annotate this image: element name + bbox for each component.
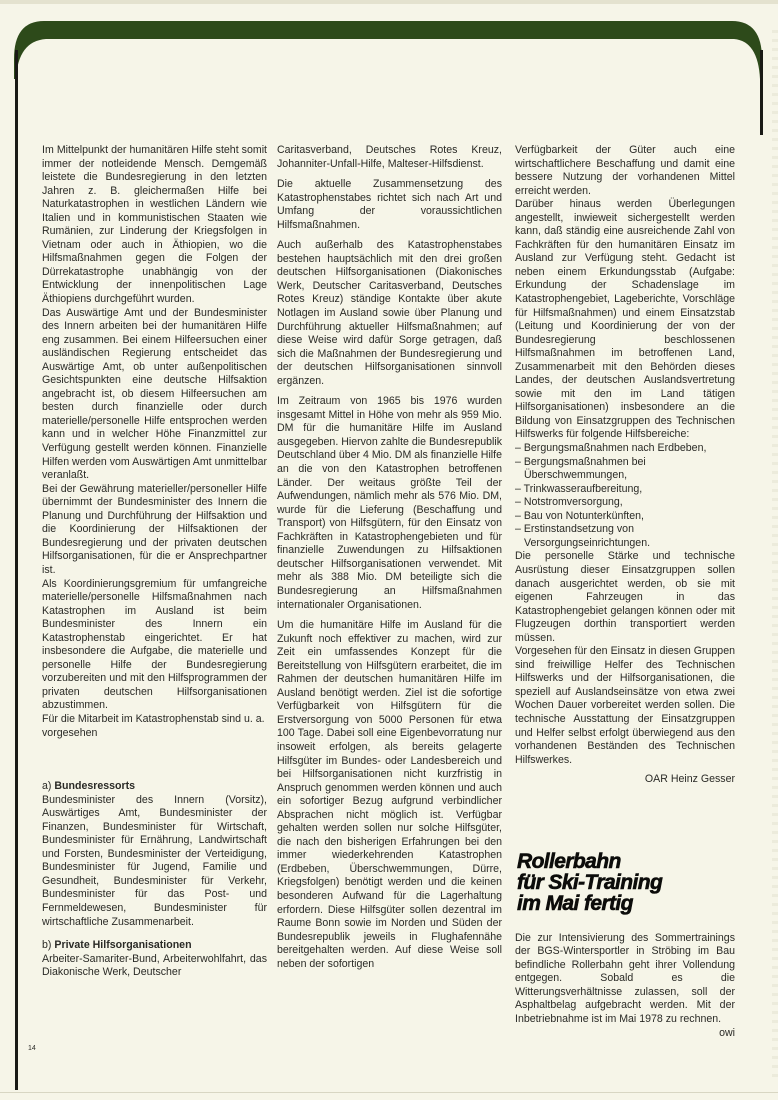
paragraph: Im Zeitraum von 1965 bis 1976 wurden ins… [277, 395, 502, 612]
paragraph: Als Koordinierungsgremium für umfangreic… [42, 578, 267, 713]
section-b-title: Private Hilfsorganisationen [54, 939, 191, 951]
paragraph: Auch außerhalb des Katastrophenstabes be… [277, 239, 502, 388]
list-item: – Trinkwasseraufbereitung, [515, 483, 735, 497]
paragraph: Bundesminister des Innern (Vorsitz), Aus… [42, 794, 267, 929]
page-number: 14 [28, 1045, 36, 1052]
section-a-title: Bundesressorts [54, 780, 135, 792]
list-item: – Erstinstandsetzung von Versorgungseinr… [515, 523, 735, 550]
page-edge [0, 0, 778, 4]
paragraph: Die aktuelle Zusammensetzung des Katastr… [277, 178, 502, 232]
paragraph: Darüber hinaus werden Überlegungen anges… [515, 198, 735, 442]
author-signature: OAR Heinz Gesser [515, 773, 735, 787]
list-item: – Bau von Notunterkünften, [515, 510, 735, 524]
column-3: Verfügbarkeit der Güter auch eine wirtsc… [515, 144, 735, 1040]
paragraph: Im Mittelpunkt der humanitären Hilfe ste… [42, 144, 267, 307]
page-bottom-edge [0, 1092, 778, 1093]
paragraph: Für die Mitarbeit im Katastrophenstab si… [42, 713, 267, 740]
paragraph: Vorgesehen für den Einsatz in diesen Gru… [515, 645, 735, 767]
sidebar-body: Die zur Intensivierung des Sommertrainin… [515, 932, 735, 1027]
paragraph: Bei der Gewährung materieller/personelle… [42, 483, 267, 578]
paragraph: Das Auswärtige Amt und der Bundesministe… [42, 307, 267, 483]
paragraph: Caritasverband, Deutsches Rotes Kreuz, J… [277, 144, 502, 171]
scan-edge [772, 30, 778, 1080]
list-item: – Bergungsmaßnahmen nach Erdbeben, [515, 442, 735, 456]
sidebar-headline: Rollerbahn für Ski-Training im Mai ferti… [517, 851, 735, 914]
right-frame-rule [760, 50, 763, 135]
header-band [15, 19, 512, 41]
list-item: – Bergungsmaßnahmen bei Überschwemmungen… [515, 456, 735, 483]
paragraph: Die personelle Stärke und technische Aus… [515, 550, 735, 645]
left-frame-rule [15, 50, 18, 1090]
list-item: – Notstromversorgung, [515, 496, 735, 510]
section-a-heading: a) Bundesressorts [42, 780, 267, 794]
paragraph: Verfügbarkeit der Güter auch eine wirtsc… [515, 144, 735, 198]
column-2: Caritasverband, Deutsches Rotes Kreuz, J… [277, 144, 502, 971]
section-b-heading: b) Private Hilfsorganisationen [42, 939, 267, 953]
paragraph: Arbeiter-Samariter-Bund, Arbeiterwohlfah… [42, 953, 267, 980]
column-1: Im Mittelpunkt der humanitären Hilfe ste… [42, 144, 267, 980]
sidebar-author: owi [719, 1027, 735, 1041]
paragraph: Um die humanitäre Hilfe im Ausland für d… [277, 619, 502, 971]
relief-areas-list: – Bergungsmaßnahmen nach Erdbeben, – Ber… [515, 442, 735, 550]
